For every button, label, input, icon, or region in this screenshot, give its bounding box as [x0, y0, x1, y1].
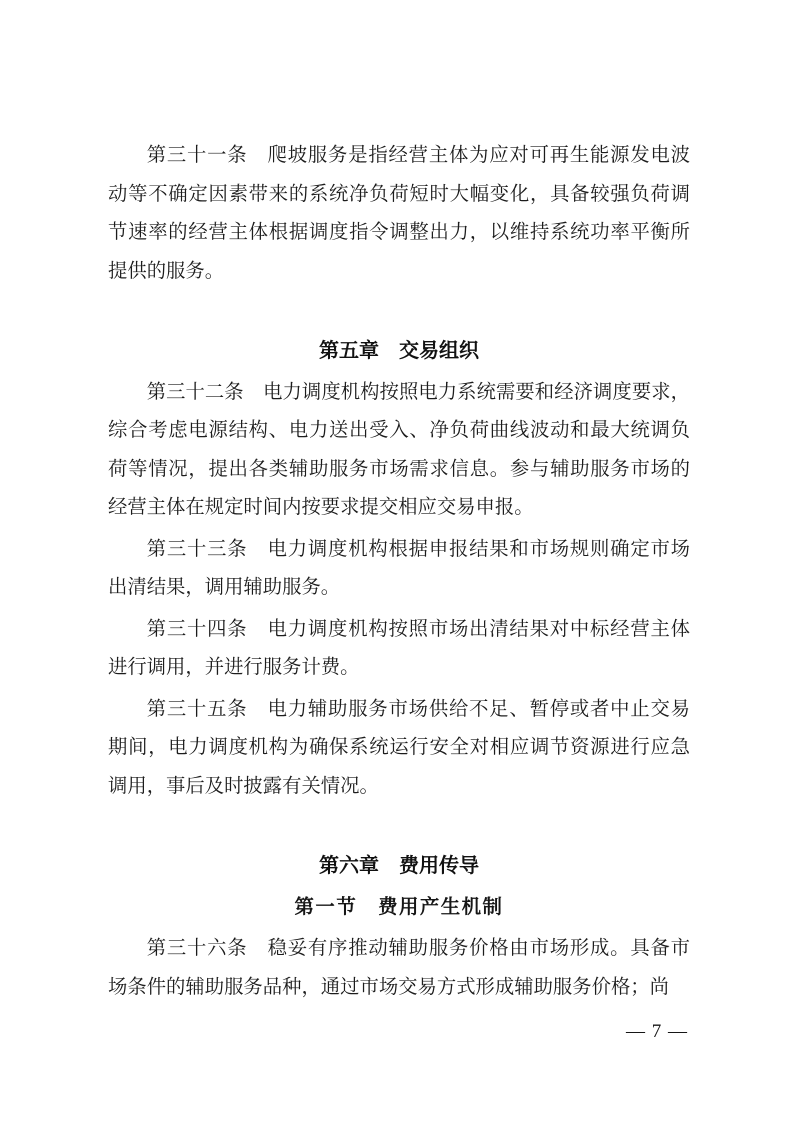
article-34: 第三十四条 电力调度机构按照市场出清结果对中标经营主体进行调用，并进行服务计费。: [108, 611, 690, 688]
text-line: 期间，电力调度机构为确保系统运行安全对相应调节资源进行应急: [108, 729, 690, 768]
article-31: 第三十一条 爬坡服务是指经营主体为应对可再生能源发电波动等不确定因素带来的系统净…: [108, 137, 690, 291]
text-line: 第三十二条 电力调度机构按照电力系统需要和经济调度要求，: [108, 374, 690, 413]
text-line: 第三十三条 电力调度机构根据申报结果和市场规则确定市场: [108, 531, 690, 570]
article-33: 第三十三条 电力调度机构根据申报结果和市场规则确定市场出清结果，调用辅助服务。: [108, 531, 690, 608]
text-line: 第三十四条 电力调度机构按照市场出清结果对中标经营主体: [108, 611, 690, 650]
text-line: 第三十一条 爬坡服务是指经营主体为应对可再生能源发电波: [108, 137, 690, 176]
text-line: 出清结果，调用辅助服务。: [108, 569, 690, 608]
page-number: — 7 —: [626, 1020, 688, 1044]
article-36: 第三十六条 稳妥有序推动辅助服务价格由市场形成。具备市场条件的辅助服务品种，通过…: [108, 930, 690, 1007]
text-line: 进行调用，并进行服务计费。: [108, 649, 690, 688]
text-line: 调用，事后及时披露有关情况。: [108, 768, 690, 807]
text-line: 荷等情况，提出各类辅助服务市场需求信息。参与辅助服务市场的: [108, 451, 690, 490]
text-line: 提供的服务。: [108, 253, 690, 292]
article-32: 第三十二条 电力调度机构按照电力系统需要和经济调度要求，综合考虑电源结构、电力送…: [108, 374, 690, 528]
text-line: 第三十五条 电力辅助服务市场供给不足、暂停或者中止交易: [108, 691, 690, 730]
article-35: 第三十五条 电力辅助服务市场供给不足、暂停或者中止交易期间，电力调度机构为确保系…: [108, 691, 690, 807]
text-line: 动等不确定因素带来的系统净负荷短时大幅变化，具备较强负荷调: [108, 176, 690, 215]
document-page: 第三十一条 爬坡服务是指经营主体为应对可再生能源发电波动等不确定因素带来的系统净…: [0, 0, 800, 1131]
chapter-6-heading: 第六章 费用传导: [108, 847, 690, 886]
text-line: 经营主体在规定时间内按要求提交相应交易申报。: [108, 489, 690, 528]
text-line: 综合考虑电源结构、电力送出受入、净负荷曲线波动和最大统调负: [108, 412, 690, 451]
section-1-heading: 第一节 费用产生机制: [108, 889, 690, 928]
text-line: 第三十六条 稳妥有序推动辅助服务价格由市场形成。具备市: [108, 930, 690, 969]
text-line: 节速率的经营主体根据调度指令调整出力，以维持系统功率平衡所: [108, 214, 690, 253]
text-line: 场条件的辅助服务品种，通过市场交易方式形成辅助服务价格；尚: [108, 969, 690, 1008]
document-content: 第三十一条 爬坡服务是指经营主体为应对可再生能源发电波动等不确定因素带来的系统净…: [108, 137, 690, 1007]
chapter-5-heading: 第五章 交易组织: [108, 332, 690, 371]
